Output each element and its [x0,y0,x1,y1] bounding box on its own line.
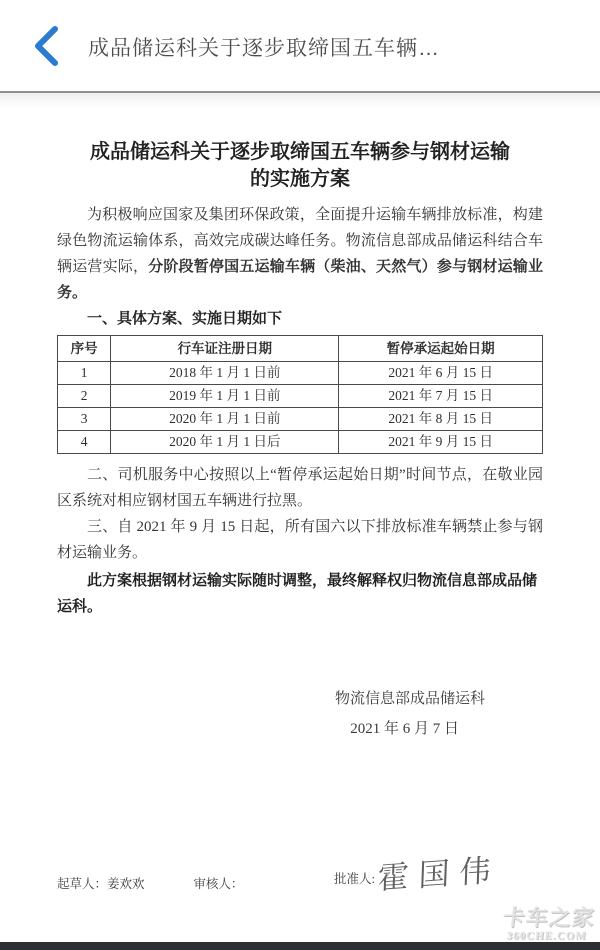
table-cell: 2021 年 7 月 15 日 [339,385,543,408]
table-cell: 2018 年 1 月 1 日前 [111,362,339,385]
intro-paragraph: 为积极响应国家及集团环保政策，全面提升运输车辆排放标准，构建绿色物流运输体系，高… [57,202,543,306]
watermark-brand: 卡车之家 [502,907,596,929]
approval-footer: 起草人：姜欢欢 审核人： 批准人:霍国伟 [57,847,560,892]
table-cell: 2021 年 6 月 15 日 [339,362,543,385]
watermark-url: 360CHE.COM [500,931,593,942]
drafter-label: 起草人： [57,877,107,891]
document-page: 成品储运科关于逐步取缔国五车辆参与钢材运输 的实施方案 为积极响应国家及集团环保… [0,93,600,948]
reviewer-label: 审核人： [193,877,243,891]
table-cell: 2 [58,385,111,408]
document-title-line1: 成品储运科关于逐步取缔国五车辆参与钢材运输 [90,141,510,163]
table-header-row: 序号行车证注册日期暂停承运起始日期 [58,336,543,362]
table-row: 22019 年 1 月 1 日前2021 年 7 月 15 日 [58,385,543,408]
document-title: 成品储运科关于逐步取缔国五车辆参与钢材运输 的实施方案 [57,139,543,193]
table-cell: 3 [58,408,111,431]
table-header-cell: 行车证注册日期 [111,336,339,362]
paragraph-2: 二、司机服务中心按照以上“暂停承运起始日期”时间节点，在敬业园区系统对相应钢材国… [57,462,543,514]
chevron-left-icon [31,25,61,67]
app-header: 成品储运科关于逐步取缔国五车辆… [0,0,600,93]
page-title: 成品储运科关于逐步取缔国五车辆… [88,0,440,93]
approver-cell: 批准人:霍国伟 [334,847,560,892]
truckhome-watermark: 卡车之家 360CHE.COM [500,907,596,942]
approver-handwritten-signature: 霍国伟 [377,844,501,898]
table-cell: 2020 年 1 月 1 日前 [111,408,339,431]
table-row: 12018 年 1 月 1 日前2021 年 6 月 15 日 [58,362,543,385]
paragraph-3: 三、自 2021 年 9 月 15 日起，所有国六以下排放标准车辆禁止参与钢材运… [57,514,543,566]
bottom-strip [0,942,600,950]
reviewer-cell: 审核人： [193,874,334,892]
back-button[interactable] [22,22,70,70]
document-title-line2: 的实施方案 [250,168,350,190]
adjustment-note: 此方案根据钢材运输实际随时调整，最终解释权归物流信息部成品储运科。 [57,568,543,620]
table-header-cell: 暂停承运起始日期 [339,336,543,362]
table-cell: 2019 年 1 月 1 日前 [111,385,339,408]
signature-department: 物流信息部成品储运科 [57,684,543,714]
table-cell: 2020 年 1 月 1 日后 [111,431,339,454]
section1-heading: 一、具体方案、实施日期如下 [57,306,543,332]
signature-date: 2021 年 6 月 7 日 [57,714,543,744]
drafter-name: 姜欢欢 [107,877,145,891]
table-header-cell: 序号 [58,336,111,362]
table-row: 42020 年 1 月 1 日后2021 年 9 月 15 日 [58,431,543,454]
drafter-cell: 起草人：姜欢欢 [57,874,193,892]
table-row: 32020 年 1 月 1 日前2021 年 8 月 15 日 [58,408,543,431]
table-cell: 2021 年 8 月 15 日 [339,408,543,431]
schedule-table: 序号行车证注册日期暂停承运起始日期12018 年 1 月 1 日前2021 年 … [57,335,543,454]
signature-block: 物流信息部成品储运科 2021 年 6 月 7 日 [57,684,543,744]
table-cell: 1 [58,362,111,385]
table-cell: 4 [58,431,111,454]
table-cell: 2021 年 9 月 15 日 [339,431,543,454]
approver-label: 批准人: [334,872,375,886]
